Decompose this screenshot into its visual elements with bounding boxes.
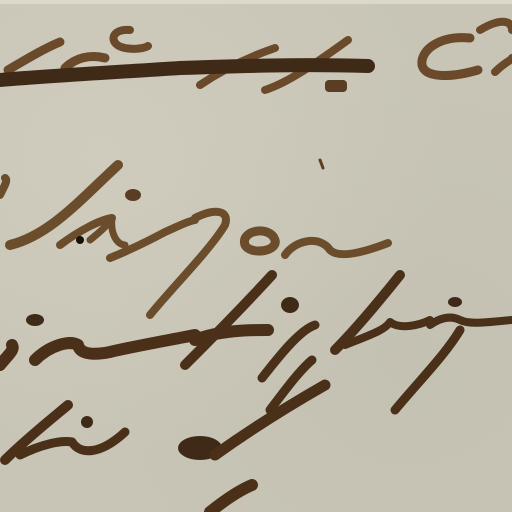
strike-through-line bbox=[0, 65, 368, 80]
manuscript-page: ...le [struck-through word] ... Cs... ..… bbox=[0, 0, 512, 512]
line-3-ink bbox=[0, 275, 512, 410]
line-1-ink bbox=[8, 22, 512, 92]
line-2-ink bbox=[0, 160, 388, 315]
handwriting-strokes bbox=[0, 0, 512, 512]
